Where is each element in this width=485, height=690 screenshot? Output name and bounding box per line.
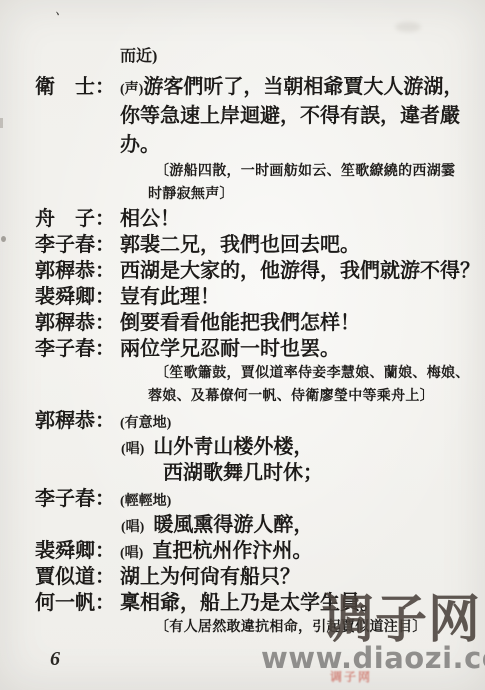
line-text: 郭裴二兄，我們也回去吧。 [120,234,360,256]
line-text: 〔游船四散，一时画舫如云、笙歌繚繞的西湖霎 [155,164,455,179]
script-lines: 而近)衛 士：(声)游客們听了，当朝相爺賈大人游湖，你等急速上岸迴避，不得有誤，… [0,46,485,639]
watermark-red-fragment: 调子网 [330,668,372,685]
script-line: 李子春：郭裴二兄，我們也回去吧。 [0,232,485,258]
line-text: 暖風熏得游人醉， [153,514,313,536]
speaker-name: 李子春： [35,336,115,362]
speaker-name: 舟 子： [35,206,115,232]
speaker-name: 李子春： [35,486,115,512]
inline-direction: (唱) [121,442,144,457]
script-line: 裴舜卿：(唱)直把杭州作汴州。 [0,538,485,564]
line-text: 兩位学兄忍耐一时也罢。 [120,338,340,360]
line-text: 办。 [120,134,160,156]
script-line: 衛 士：(声)游客們听了，当朝相爺賈大人游湖， [0,72,485,102]
script-line: (唱)暖風熏得游人醉， [0,512,485,538]
watermark-site-name: 调子网 [322,594,481,646]
speaker-name: 郭稺恭： [35,408,115,434]
line-text: 倒要看看他能把我們怎样！ [120,312,360,334]
script-line: 裴舜卿：豈有此理！ [0,284,485,310]
script-line: 李子春：兩位学兄忍耐一时也罢。 [0,336,485,362]
script-line: 〔笙歌簫鼓，賈似道率侍妾李慧娘、蘭娘、梅娘、 [0,362,485,385]
script-line: 你等急速上岸迴避，不得有誤，違者嚴 [0,102,485,131]
script-line: (唱)山外靑山楼外楼， [0,434,485,460]
line-text: 游客們听了，当朝相爺賈大人游湖， [143,76,463,98]
page-number: 6 [50,648,60,671]
line-text: 〔笙歌簫鼓，賈似道率侍妾李慧娘、蘭娘、梅娘、 [155,366,470,381]
line-text: 豈有此理！ [120,286,220,308]
inline-direction: (唱) [120,546,143,561]
watermark-site-url: www.diaozi.com [261,644,485,673]
script-line: 賈似道：湖上为何尙有船只？ [0,564,485,590]
script-line: 〔游船四散，一时画舫如云、笙歌繚繞的西湖霎 [0,160,485,183]
script-line: 时靜寂無声〕 [0,183,485,206]
script-line: 李子春：(輕輕地) [0,486,485,512]
script-line: 郭稺恭：(有意地) [0,408,485,434]
line-text: 湖上为何尙有船只？ [120,566,300,588]
speaker-name: 裴舜卿： [35,284,115,310]
line-text: 而近) [120,48,157,65]
line-text: 西湖是大家的，他游得，我們就游不得？ [120,260,480,282]
script-line: 舟 子：相公！ [0,206,485,232]
script-line: 郭稺恭：西湖是大家的，他游得，我們就游不得？ [0,258,485,284]
scanned-page: 、 而近)衛 士：(声)游客們听了，当朝相爺賈大人游湖，你等急速上岸迴避，不得有… [0,0,485,690]
script-line: 西湖歌舞几时休； [0,460,485,486]
stage-note: (有意地) [120,416,171,431]
line-text: 相公！ [120,208,180,230]
script-line: 蓉娘、及幕僚何一帆、侍衛廖瑩中等乘舟上〕 [0,385,485,408]
line-text: 时靜寂無声〕 [148,187,234,202]
scan-speck-mark: 、 [54,0,70,20]
scan-smudge [395,22,421,32]
script-line: 而近) [0,46,485,72]
line-text: 你等急速上岸迴避，不得有誤，違者嚴 [120,105,460,127]
stage-note: (輕輕地) [120,494,171,509]
speaker-name: 李子春： [35,232,115,258]
speaker-name: 衛 士： [35,72,115,102]
speaker-name: 賈似道： [35,564,115,590]
speaker-name: 何一帆： [35,590,115,616]
script-line: 郭稺恭：倒要看看他能把我們怎样！ [0,310,485,336]
line-text: 西湖歌舞几时休； [163,462,323,484]
speaker-name: 郭稺恭： [35,258,115,284]
line-text: 直把杭州作汴州。 [152,540,312,562]
script-line: 办。 [0,131,485,160]
speaker-name: 郭稺恭： [35,310,115,336]
speaker-name: 裴舜卿： [35,538,115,564]
inline-direction: (声) [120,82,143,97]
line-text: 山外靑山楼外楼， [153,436,313,458]
inline-direction: (唱) [121,520,144,535]
line-text: 蓉娘、及幕僚何一帆、侍衛廖瑩中等乘舟上〕 [148,389,434,404]
